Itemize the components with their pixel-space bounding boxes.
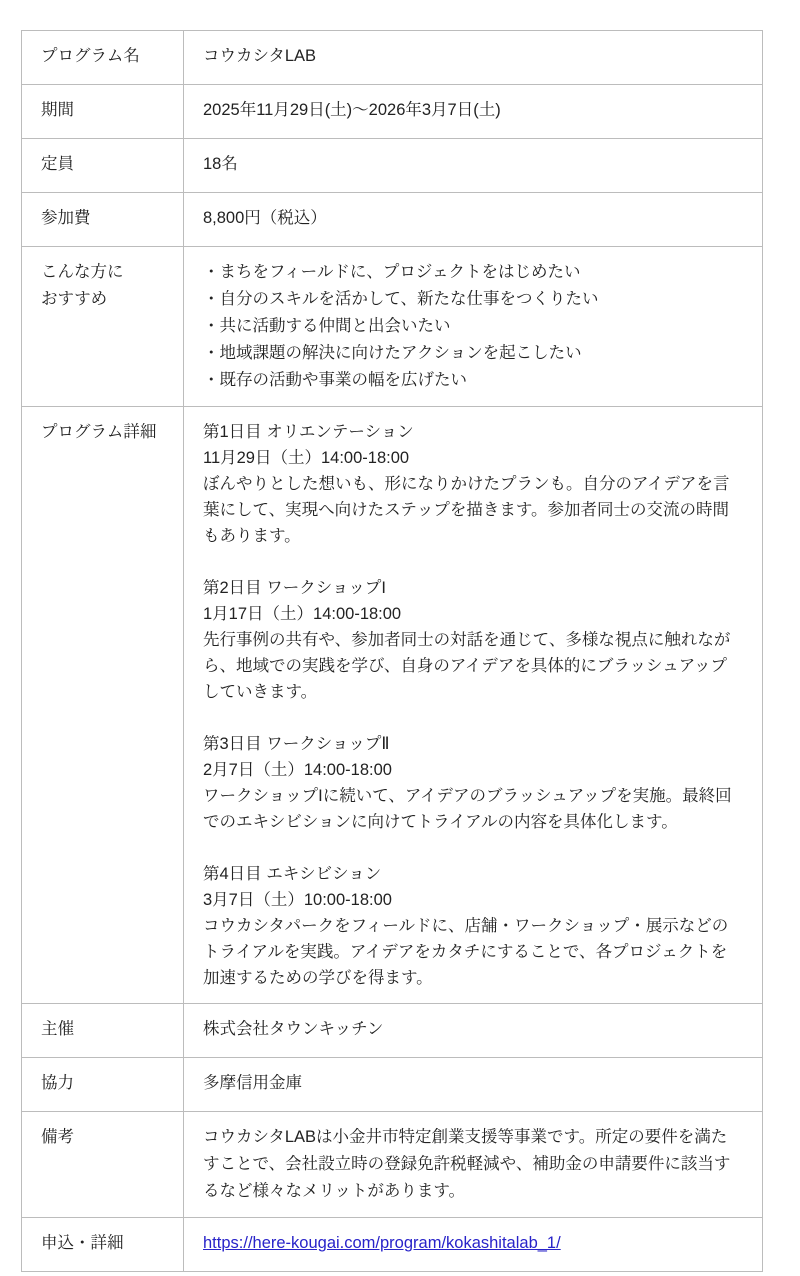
table-row-organizer: 主催 株式会社タウンキッチン <box>22 1004 763 1058</box>
day3-title: 第3日目 ワークショップⅡ <box>203 731 743 757</box>
program-name-value: コウカシタLAB <box>184 31 763 85</box>
table-row-application: 申込・詳細 https://here-kougai.com/program/ko… <box>22 1218 763 1272</box>
recommended-list: ・まちをフィールドに、プロジェクトをはじめたい ・自分のスキルを活かして、新たな… <box>184 247 763 407</box>
table-row-fee: 参加費 8,800円（税込） <box>22 193 763 247</box>
recommended-item: ・自分のスキルを活かして、新たな仕事をつくりたい <box>203 286 743 313</box>
period-value: 2025年11月29日(土)〜2026年3月7日(土) <box>184 85 763 139</box>
day4-description: コウカシタパークをフィールドに、店舗・ワークショップ・展示などのトライアルを実践… <box>203 913 743 991</box>
recommended-label: こんな方に おすすめ <box>22 247 184 407</box>
cooperation-label: 協力 <box>22 1058 184 1112</box>
details-label: プログラム詳細 <box>22 407 184 1004</box>
table-row-recommended: こんな方に おすすめ ・まちをフィールドに、プロジェクトをはじめたい ・自分のス… <box>22 247 763 407</box>
details-content: 第1日目 オリエンテーション 11月29日（土）14:00-18:00 ぼんやり… <box>184 407 763 1004</box>
table-row-capacity: 定員 18名 <box>22 139 763 193</box>
recommended-item: ・共に活動する仲間と出会いたい <box>203 313 743 340</box>
notes-value: コウカシタLABは小金井市特定創業支援等事業です。所定の要件を満たすことで、会社… <box>184 1112 763 1218</box>
day-block-2: 第2日目 ワークショップI 1月17日（土）14:00-18:00 先行事例の共… <box>203 575 743 705</box>
day1-description: ぼんやりとした想いも、形になりかけたプランも。自分のアイデアを言葉にして、実現へ… <box>203 471 743 549</box>
day2-description: 先行事例の共有や、参加者同士の対話を通じて、多様な視点に触れながら、地域での実践… <box>203 627 743 705</box>
recommended-item: ・地域課題の解決に向けたアクションを起こしたい <box>203 340 743 367</box>
day2-datetime: 1月17日（土）14:00-18:00 <box>203 601 743 627</box>
table-row-program-name: プログラム名 コウカシタLAB <box>22 31 763 85</box>
capacity-value: 18名 <box>184 139 763 193</box>
recommended-item: ・既存の活動や事業の幅を広げたい <box>203 367 743 394</box>
recommended-item: ・まちをフィールドに、プロジェクトをはじめたい <box>203 259 743 286</box>
day-block-3: 第3日目 ワークショップⅡ 2月7日（土）14:00-18:00 ワークショップ… <box>203 731 743 835</box>
cooperation-value: 多摩信用金庫 <box>184 1058 763 1112</box>
day4-title: 第4日目 エキシビション <box>203 861 743 887</box>
table-row-details: プログラム詳細 第1日目 オリエンテーション 11月29日（土）14:00-18… <box>22 407 763 1004</box>
day-block-1: 第1日目 オリエンテーション 11月29日（土）14:00-18:00 ぼんやり… <box>203 419 743 549</box>
application-cell: https://here-kougai.com/program/kokashit… <box>184 1218 763 1272</box>
program-name-label: プログラム名 <box>22 31 184 85</box>
recommended-label-line1: こんな方に <box>41 259 164 286</box>
fee-label: 参加費 <box>22 193 184 247</box>
organizer-label: 主催 <box>22 1004 184 1058</box>
table-row-cooperation: 協力 多摩信用金庫 <box>22 1058 763 1112</box>
capacity-label: 定員 <box>22 139 184 193</box>
notes-label: 備考 <box>22 1112 184 1218</box>
recommended-label-line2: おすすめ <box>41 286 164 313</box>
application-link[interactable]: https://here-kougai.com/program/kokashit… <box>203 1234 561 1252</box>
day1-datetime: 11月29日（土）14:00-18:00 <box>203 445 743 471</box>
day2-title: 第2日目 ワークショップI <box>203 575 743 601</box>
fee-value: 8,800円（税込） <box>184 193 763 247</box>
period-label: 期間 <box>22 85 184 139</box>
day3-datetime: 2月7日（土）14:00-18:00 <box>203 757 743 783</box>
table-row-notes: 備考 コウカシタLABは小金井市特定創業支援等事業です。所定の要件を満たすことで… <box>22 1112 763 1218</box>
application-label: 申込・詳細 <box>22 1218 184 1272</box>
day1-title: 第1日目 オリエンテーション <box>203 419 743 445</box>
day4-datetime: 3月7日（土）10:00-18:00 <box>203 887 743 913</box>
organizer-value: 株式会社タウンキッチン <box>184 1004 763 1058</box>
day3-description: ワークショップIに続いて、アイデアのブラッシュアップを実施。最終回でのエキシビシ… <box>203 783 743 835</box>
day-block-4: 第4日目 エキシビション 3月7日（土）10:00-18:00 コウカシタパーク… <box>203 861 743 991</box>
table-row-period: 期間 2025年11月29日(土)〜2026年3月7日(土) <box>22 85 763 139</box>
program-info-table: プログラム名 コウカシタLAB 期間 2025年11月29日(土)〜2026年3… <box>21 30 763 1272</box>
page: プログラム名 コウカシタLAB 期間 2025年11月29日(土)〜2026年3… <box>0 0 800 1276</box>
